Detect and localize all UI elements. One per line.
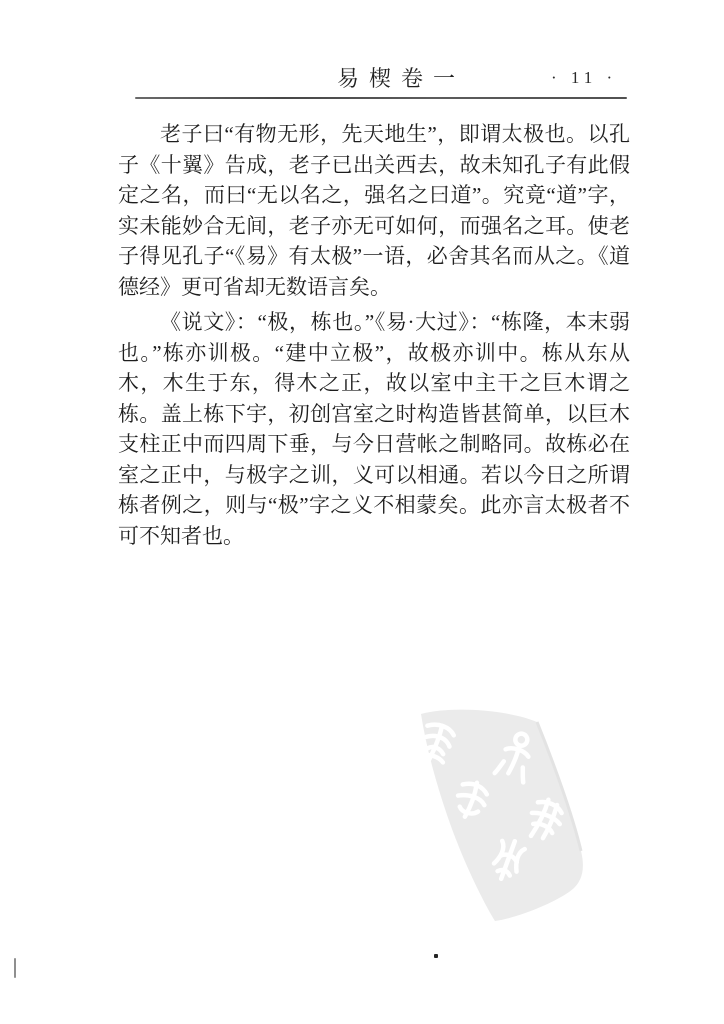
seal-stamp-icon [400,701,600,931]
paragraph-laozi-taiji: 老子曰“有物无形，先天地生”，即谓太极也。以孔子《十翼》告成，老子已出关西去，故… [118,119,630,302]
paragraph-shuowen-ji: 《说文》：“极，栋也。”《易·大过》：“栋隆，本末弱也。”栋亦训极。“建中立极”… [118,307,630,551]
page-body: 老子曰“有物无形，先天地生”，即谓太极也。以孔子《十翼》告成，老子已出关西去，故… [118,119,630,551]
scanned-book-page: 易楔卷一 · 11 · 老子曰“有物无形，先天地生”，即谓太极也。以孔子《十翼》… [0,0,724,1024]
scan-edge-artifact [14,958,16,978]
page-number: · 11 · [551,68,617,88]
seal-stamp-watermark [400,701,600,931]
header-rule [135,97,627,99]
scan-speck [434,954,438,958]
